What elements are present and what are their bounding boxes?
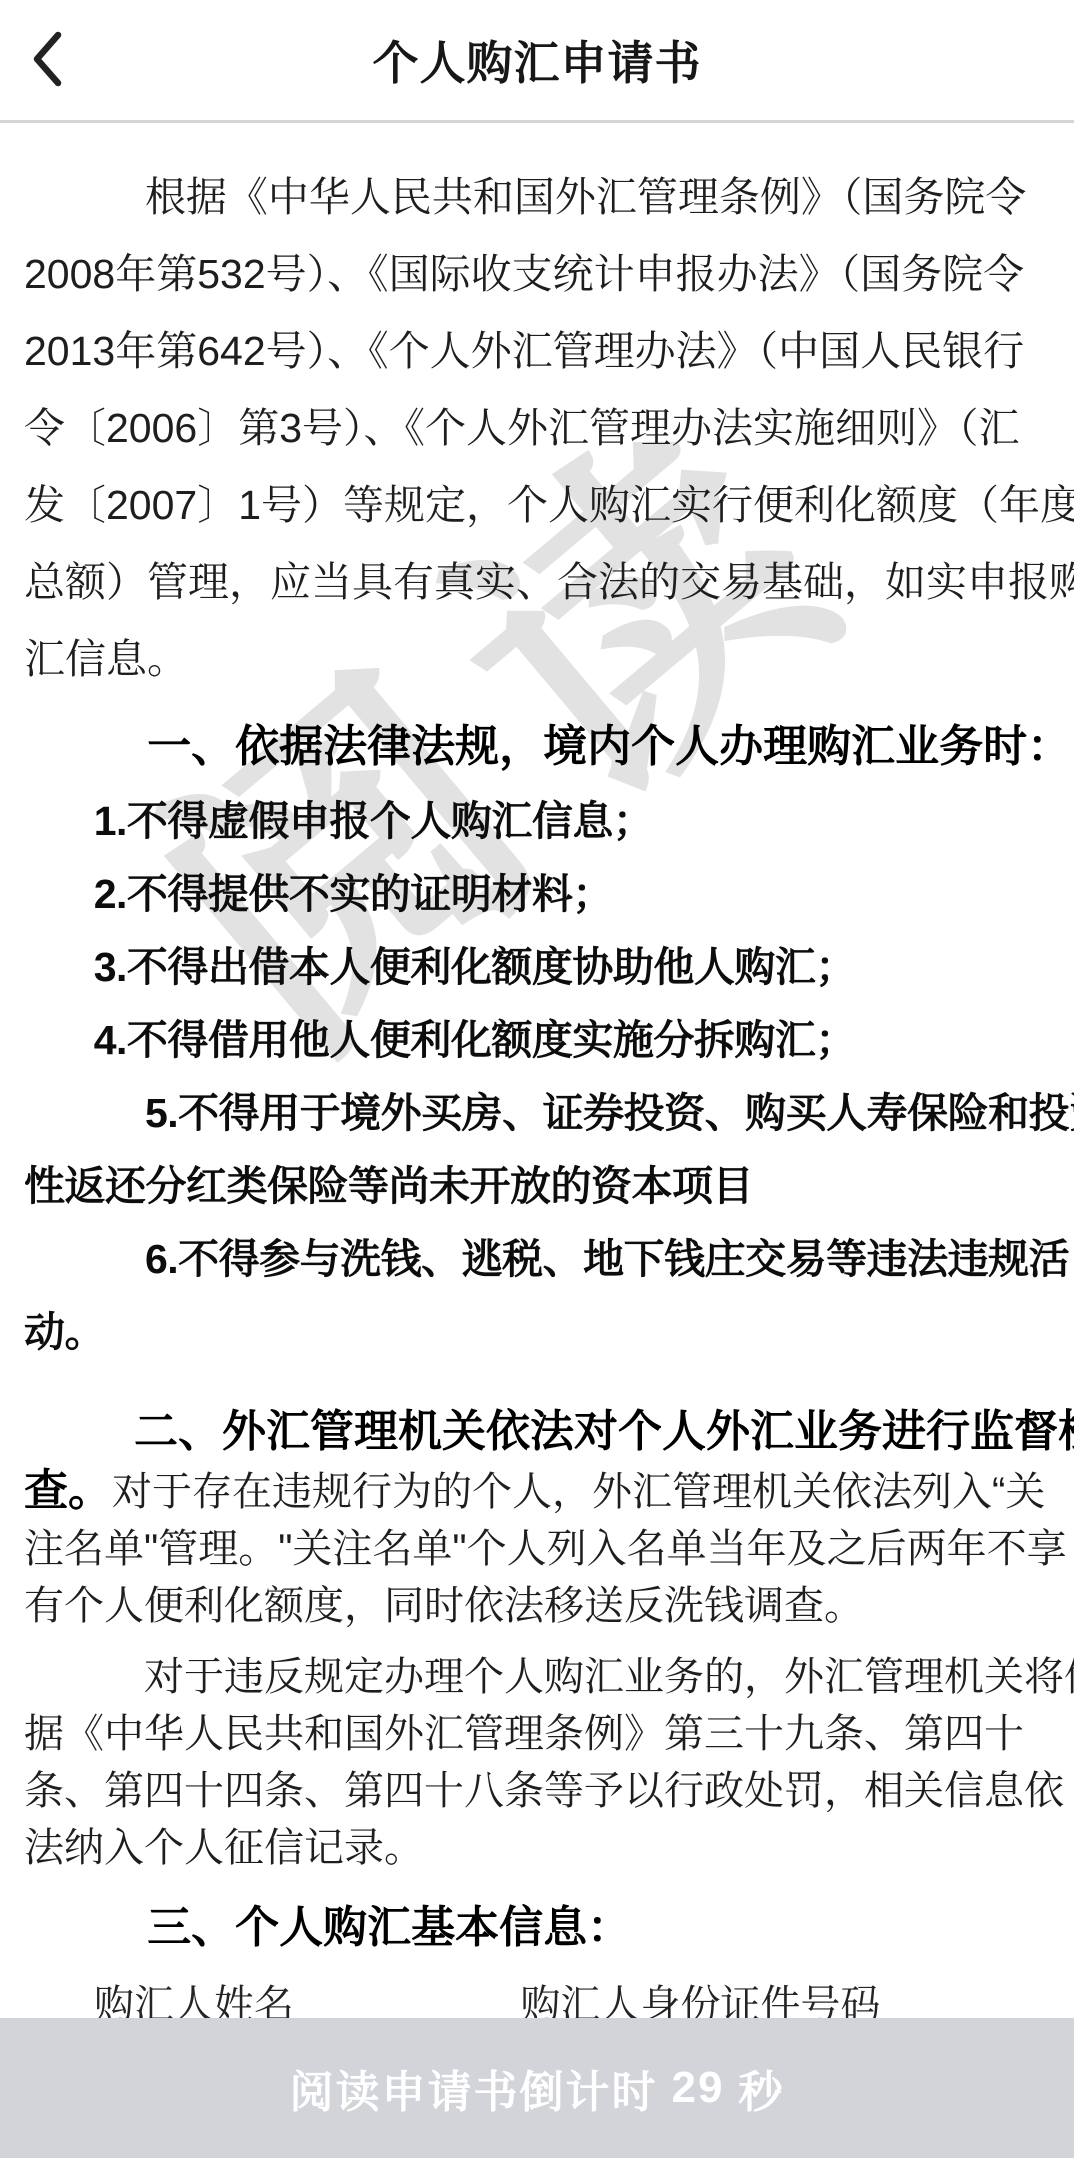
intro-paragraph: 根据《中华人民共和国外汇管理条例》（国务院令 2008年第532号）、《国际收支… xyxy=(24,159,1050,698)
section2-body-text: 法纳入个人征信记录。 xyxy=(24,1820,1050,1877)
application-document: 根据《中华人民共和国外汇管理条例》（国务院令 2008年第532号）、《国际收支… xyxy=(0,159,1074,2030)
section2-body-text: 对于存在违规行为的个人，外汇管理机关依法列入“关 xyxy=(112,1470,1045,1514)
intro-line: 根据《中华人民共和国外汇管理条例》（国务院令 xyxy=(24,159,1050,236)
rule-item: 3.不得出借本人便利化额度协助他人购汇； xyxy=(24,931,1050,1004)
rule-item: 4.不得借用他人便利化额度实施分拆购汇； xyxy=(24,1004,1050,1077)
section2-heading-continued: 查。 xyxy=(24,1466,112,1515)
section1-rules-list: 1.不得虚假申报个人购汇信息； 2.不得提供不实的证明材料； 3.不得出借本人便… xyxy=(24,785,1050,1369)
section2-heading: 二、外汇管理机关依法对个人外汇业务进行监督检 xyxy=(134,1407,1074,1456)
intro-line: 发〔2007〕1号）等规定，个人购汇实行便利化额度（年度 xyxy=(24,467,1050,544)
section2-body-text: 对于违反规定办理个人购汇业务的，外汇管理机关将依 xyxy=(24,1649,1050,1706)
countdown-seconds: 29 xyxy=(672,2063,725,2113)
chevron-left-icon xyxy=(30,30,64,91)
section2-body-text: 有个人便利化额度，同时依法移送反洗钱调查。 xyxy=(24,1578,1050,1635)
intro-line: 2008年第532号）、《国际收支统计申报办法》（国务院令 xyxy=(24,236,1050,313)
back-button[interactable] xyxy=(30,25,90,95)
page-title: 个人购汇申请书 xyxy=(373,27,702,93)
app-screen: 个人购汇申请书 阅读 根据《中华人民共和国外汇管理条例》（国务院令 2008年第… xyxy=(0,0,1074,2158)
intro-line: 令〔2006〕第3号）、《个人外汇管理办法实施细则》（汇 xyxy=(24,390,1050,467)
section2-paragraph1: 二、外汇管理机关依法对个人外汇业务进行监督检 查。对于存在违规行为的个人，外汇管… xyxy=(24,1403,1050,1635)
countdown-prefix: 阅读申请书倒计时 xyxy=(290,2056,658,2120)
rule-item-continued: 性返还分红类保险等尚未开放的资本项目 xyxy=(24,1150,1050,1223)
intro-line: 总额）管理，应当具有真实、合法的交易基础，如实申报购 xyxy=(24,544,1050,621)
rule-item: 5.不得用于境外买房、证券投资、购买人寿保险和投资 xyxy=(24,1077,1050,1150)
rule-item: 6.不得参与洗钱、逃税、地下钱庄交易等违法违规活 xyxy=(24,1223,1050,1296)
countdown-suffix: 秒 xyxy=(738,2056,784,2120)
intro-line: 2013年第642号）、《个人外汇管理办法》（中国人民银行 xyxy=(24,313,1050,390)
rule-item-continued: 动。 xyxy=(24,1296,1050,1369)
navigation-bar: 个人购汇申请书 xyxy=(0,0,1074,123)
section2-body-text: 据《中华人民共和国外汇管理条例》第三十九条、第四十 xyxy=(24,1706,1050,1763)
rule-item: 2.不得提供不实的证明材料； xyxy=(24,858,1050,931)
section1-heading: 一、依据法律法规，境内个人办理购汇业务时： xyxy=(24,708,1050,785)
section3-heading: 三、个人购汇基本信息： xyxy=(24,1889,1050,1966)
section2-body-text: 条、第四十四条、第四十八条等予以行政处罚，相关信息依 xyxy=(24,1763,1050,1820)
countdown-button[interactable]: 阅读申请书倒计时 29 秒 xyxy=(0,2018,1074,2158)
section2-body-text: 注名单"管理。"关注名单"个人列入名单当年及之后两年不享 xyxy=(24,1521,1050,1578)
section2-paragraph2: 对于违反规定办理个人购汇业务的，外汇管理机关将依 据《中华人民共和国外汇管理条例… xyxy=(24,1649,1050,1877)
intro-line: 汇信息。 xyxy=(24,621,1050,698)
rule-item: 1.不得虚假申报个人购汇信息； xyxy=(24,785,1050,858)
